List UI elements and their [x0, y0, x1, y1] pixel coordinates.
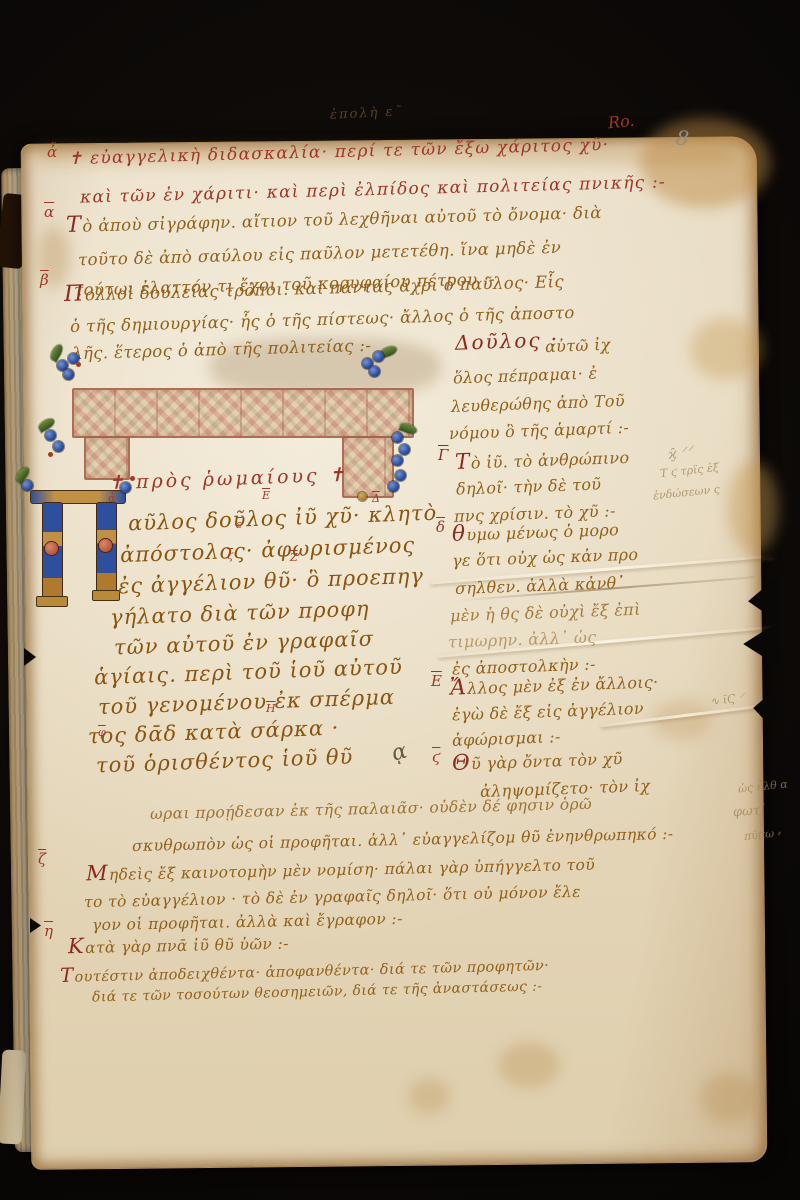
library-mark: Ro.	[607, 111, 635, 133]
chapter-numeral: η	[44, 922, 53, 940]
gloss-initial: Θ	[452, 750, 471, 776]
superscript-mark: Δ	[372, 492, 380, 505]
gloss-line: αὐτῶ ἰχ	[545, 335, 611, 356]
berry-finial	[369, 366, 380, 377]
red-bud	[130, 476, 135, 481]
photo-backdrop: { "colors":{"backdrop":"#0b0807","parchm…	[0, 0, 800, 1200]
headpiece-bar	[72, 388, 414, 438]
initial-knot	[99, 539, 112, 552]
scholion-initial: Κ	[68, 934, 85, 958]
lemma-label: Δοῦλος :	[455, 327, 559, 355]
chapter-numeral: ἆ	[47, 143, 57, 161]
berry-finial	[392, 455, 403, 466]
superscript-mark: Η	[266, 702, 276, 715]
chapter-numeral: Γ	[438, 446, 448, 464]
berry-finial	[392, 432, 403, 443]
superscript-mark: φ	[98, 726, 106, 739]
headpiece-right-leg	[342, 436, 394, 498]
gloss-initial: Τ	[455, 450, 471, 475]
chapter-numeral: Ε	[431, 672, 442, 690]
red-bud	[48, 452, 53, 457]
scholion-line: Κατὰ γὰρ πνᾱ ἰῦ θῦ ὑῶν :-	[68, 930, 289, 959]
berry-finial	[53, 441, 64, 452]
berry-finial	[63, 369, 74, 380]
chapter-numeral: β	[40, 271, 49, 289]
berry-finial	[399, 444, 410, 455]
scholion-initial: Π	[64, 280, 85, 307]
gloss-initial: θ	[452, 521, 466, 546]
margin-note: πϋπω ⸗	[743, 826, 781, 843]
superscript-mark: ϛ	[227, 549, 233, 562]
chapter-numeral: α	[44, 203, 54, 221]
berry-finial	[45, 430, 56, 441]
initial-foot	[36, 596, 68, 607]
chapter-numeral: ζ	[38, 850, 46, 868]
superscript-mark: ἆ	[108, 492, 115, 505]
offset-inscription: ἐπολὴ ε῀	[330, 104, 404, 123]
margin-note: φωτ᾿	[733, 803, 767, 820]
berry-finial	[395, 470, 406, 481]
initial-knot	[45, 542, 58, 555]
chapter-numeral: ϛ	[432, 748, 440, 766]
superscript-mark: ε	[236, 518, 242, 531]
berry-finial	[373, 351, 384, 362]
superscript-mark: Ε	[262, 489, 270, 502]
gloss-line: ἀφώρισμαι :-	[452, 727, 561, 750]
scholion-initial: Μ	[86, 861, 108, 885]
scholion-initial: Τ	[66, 212, 82, 238]
initial-foot	[92, 590, 120, 601]
scholion-initial: Τ	[60, 964, 74, 987]
berry-finial	[388, 481, 399, 492]
gloss-initial: Ἄ	[450, 675, 467, 701]
berry-finial	[22, 480, 33, 491]
berry-finial	[120, 482, 131, 493]
superscript-mark: Ζ	[290, 551, 298, 564]
red-bud	[76, 362, 81, 367]
